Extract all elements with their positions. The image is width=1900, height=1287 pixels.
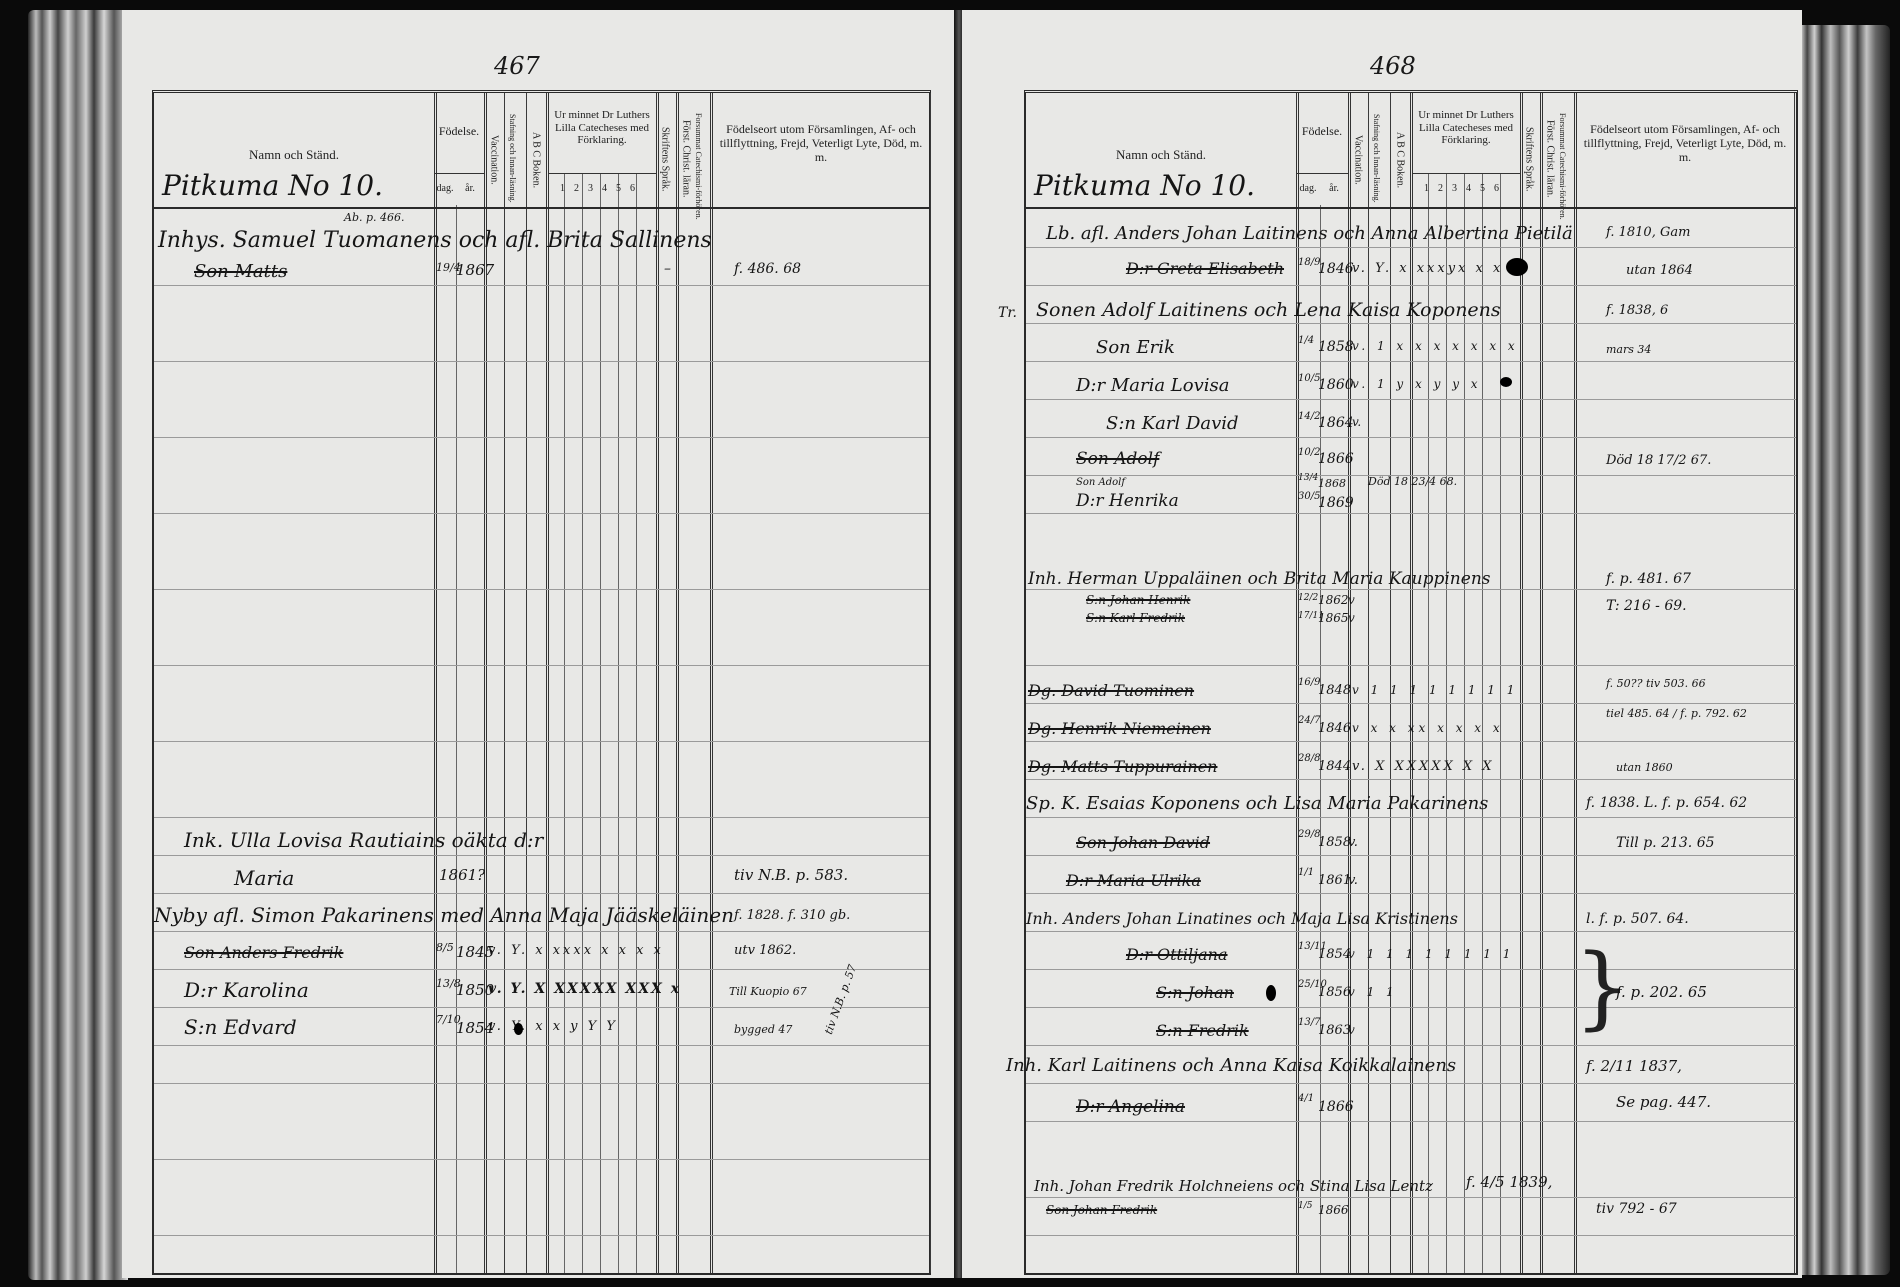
member-name: Dg. David Tuominen [1028, 681, 1194, 700]
birth-year: 1868 [1318, 477, 1346, 490]
remark: Till p. 213. 65 [1616, 835, 1715, 851]
birth-year: 1866 [1318, 1099, 1354, 1115]
birth-year: 1860 [1318, 377, 1354, 393]
member-name: Son Adolf [1076, 477, 1125, 488]
remark: T: 216 - 69. [1606, 598, 1687, 614]
household-head: Sp. K. Esaias Koponens och Lisa Maria Pa… [1026, 793, 1488, 814]
member-name: Son Johan David [1076, 833, 1210, 852]
header-reading: Stafning och Innan-läsning. [508, 113, 517, 203]
remark: Död 18 17/2 67. [1606, 453, 1711, 468]
marks: v [1348, 611, 1355, 625]
household-head: Inhys. Samuel Tuomanens och afl. Brita S… [158, 228, 712, 253]
member-name: D:r Henrika [1076, 491, 1179, 511]
marks: v. Y. x xxxyx x x [1352, 261, 1503, 276]
household-head: Lb. afl. Anders Johan Laitinens och Anna… [1046, 223, 1573, 244]
birth-day: 1/5 [1298, 1201, 1312, 1211]
member-name: S:n Karl David [1106, 413, 1239, 434]
member-name: S:n Karl Fredrik [1086, 611, 1185, 625]
birth-year: 1846 [1318, 721, 1351, 736]
header-name-col: Namn och Ständ. [154, 148, 434, 163]
marks: v. Y. x xxxx x x x x [488, 943, 664, 958]
book-edge-right [1800, 25, 1890, 1275]
header-remarks: Födelseort utom Församlingen, Af- och ti… [1578, 123, 1792, 164]
birth-year: 1869 [1318, 495, 1354, 511]
marks: v x x xx x x x x [1352, 721, 1504, 735]
birth-year: 1858 [1318, 339, 1354, 355]
birth-year: 1864 [1318, 415, 1354, 431]
remark: f. 1838. L. f. p. 654. 62 [1586, 795, 1747, 811]
header-christ: Först. Christ. läran. [1544, 113, 1556, 205]
side-note: tiv N.B. p. 57 [822, 963, 859, 1036]
household-head: Inh. Anders Johan Linatines och Maja Lis… [1026, 909, 1458, 928]
left-page: 467 Namn och Ständ. Födelse. dag. år. Va… [122, 10, 954, 1278]
header-vaccination: Vaccination. [488, 115, 500, 205]
header-birth-year: år. [456, 183, 484, 195]
header-remarks: Födelseort utom Församlingen, Af- och ti… [714, 123, 928, 164]
remark: f. 1838, 6 [1606, 303, 1668, 318]
birth-year: 1854 [1318, 947, 1351, 962]
household-head: Sonen Adolf Laitinens och Lena Kaisa Kop… [1036, 299, 1501, 321]
header-christ: Först. Christ. läran. [680, 113, 692, 205]
marks: v. 1 x x x x x x x [1352, 339, 1519, 353]
header-catechism: Ur minnet Dr Luthers Lilla Catecheses me… [1412, 109, 1520, 147]
birth-year: 1861 [1318, 873, 1351, 888]
marks: v. X XXXXX X X [1352, 759, 1495, 774]
remark: f. 486. 68 [734, 261, 801, 277]
marks: v 1 1 [1348, 985, 1398, 999]
remark: f. 2/11 1837, [1586, 1057, 1682, 1075]
marks: – [664, 261, 671, 277]
marks: v. Y. x x y Y Y [488, 1019, 618, 1034]
member-name: D:r Karolina [184, 978, 309, 1002]
marks: v 1 1 1 1 1 1 1 1 [1348, 947, 1514, 961]
household-head: Inh. Karl Laitinens och Anna Kaisa Koikk… [1006, 1055, 1456, 1076]
header-birth: Födelse. [434, 125, 484, 139]
header-abc: A B C Boken. [530, 115, 542, 205]
village-heading: Pitkuma No 10. [162, 169, 383, 202]
header-birth: Födelse. [1296, 125, 1348, 139]
marks: v. 1 y x y y x [1352, 377, 1482, 391]
remark: Till Kuopio 67 [729, 985, 807, 998]
header-vaccination: Vaccination. [1352, 115, 1364, 205]
marks: v. [1348, 873, 1358, 888]
header-abc: A B C Boken. [1394, 115, 1406, 205]
marks: Död 18 23/4 68. [1368, 475, 1457, 488]
page-number: 467 [494, 52, 540, 80]
member-name: Son Anders Fredrik [184, 943, 343, 962]
member-name: S:n Johan [1156, 983, 1234, 1002]
member-name: D:r Angelina [1076, 1097, 1185, 1117]
marks: f. 4/5 1839, [1466, 1173, 1552, 1191]
marks: v. [1352, 415, 1361, 429]
birth-year: 1846 [1318, 261, 1354, 277]
remark: bygged 47 [734, 1023, 792, 1036]
ink-blot [1266, 985, 1276, 1001]
marks: v [1348, 1023, 1355, 1037]
header-catechism: Ur minnet Dr Luthers Lilla Catecheses me… [548, 109, 656, 147]
ink-blot [1500, 377, 1512, 387]
remark: tiv N.B. p. 583. [734, 866, 848, 884]
register-table: Namn och Ständ. Födelse. dag. år. Vaccin… [1024, 90, 1798, 1275]
member-name: Son Johan Fredrik [1046, 1203, 1157, 1217]
ref-note: Ab. p. 466. [344, 211, 405, 224]
register-table: Namn och Ständ. Födelse. dag. år. Vaccin… [152, 90, 931, 1275]
member-name: S:n Fredrik [1156, 1021, 1249, 1040]
birth-year: 1848 [1318, 683, 1351, 698]
birth-year: 1865 [1318, 611, 1349, 625]
remark: tiel 485. 64 / f. p. 792. 62 [1606, 707, 1747, 720]
member-name: D:r Ottiljana [1126, 945, 1228, 964]
marks: v 1 1 1 1 1 1 1 1 [1352, 683, 1518, 697]
birth-day: 8/5 [436, 941, 454, 954]
header-catechism-numbers: 123456 [1412, 183, 1520, 195]
remark: mars 34 [1606, 343, 1651, 356]
birth-year: 1867 [456, 261, 494, 279]
birth-year: 1863 [1318, 1023, 1351, 1038]
member-name: S:n Edvard [184, 1015, 297, 1039]
birth-day: 1/1 [1298, 867, 1314, 878]
margin-prefix: Tr. [998, 305, 1017, 321]
header-scripture: Skriftens Språk. [659, 113, 671, 205]
right-page: 468 Namn och Ständ. Födelse. dag. år. Va… [962, 10, 1802, 1278]
remark: utan 1864 [1626, 263, 1693, 278]
remark: utan 1860 [1616, 761, 1673, 774]
member-name: D:r Maria Ulrika [1066, 871, 1201, 890]
marks: v. Y. X XXXXX XXX x [488, 981, 681, 997]
village-heading: Pitkuma No 10. [1034, 169, 1255, 202]
remark: f. p. 202. 65 [1616, 983, 1707, 1001]
member-name: S:n Johan Henrik [1086, 593, 1190, 607]
ink-blot [514, 1023, 523, 1035]
birth-year: 1858 [1318, 835, 1351, 850]
header-reading: Stafning och Innan-läsning. [1372, 113, 1381, 203]
birth-day: 12/2 [1298, 593, 1318, 603]
birth-year: 1866 [1318, 451, 1354, 467]
birth-year: 1844 [1318, 759, 1351, 774]
header-birth-day: dag. [1296, 183, 1320, 195]
member-name: Son Erik [1096, 337, 1175, 358]
member-name: D:r Maria Lovisa [1076, 375, 1229, 396]
birth-year: 1856 [1318, 985, 1351, 1000]
page-number: 468 [1370, 52, 1416, 80]
header-birth-day: dag. [434, 183, 456, 195]
remark: f. 50?? tiv 503. 66 [1606, 677, 1706, 690]
book-edge-left [28, 10, 128, 1280]
header-neglected: Forsummat Catechismi-förhören. [1558, 113, 1567, 205]
header-birth-year: år. [1320, 183, 1348, 195]
household-head: Inh. Johan Fredrik Holchneiens och Stina… [1034, 1177, 1433, 1195]
member-name: Dg. Henrik Niemeinen [1028, 719, 1211, 738]
member-name: Son Adolf [1076, 449, 1159, 469]
birth-year: 1866 [1318, 1203, 1349, 1217]
header-scripture: Skriftens Språk. [1523, 113, 1535, 205]
birth-year: 1861? [439, 866, 485, 884]
header-name-col: Namn och Ständ. [1026, 148, 1296, 163]
household-head: Nyby afl. Simon Pakarinens med Anna Maja… [154, 903, 734, 927]
ink-blot [1506, 258, 1528, 276]
member-name: D:r Greta Elisabeth [1126, 259, 1284, 278]
birth-day: 1/4 [1298, 335, 1314, 346]
member-name: Maria [234, 866, 294, 890]
marks: v. [1348, 835, 1358, 850]
birth-day: 4/1 [1298, 1093, 1314, 1104]
remark: tiv 792 - 67 [1596, 1201, 1677, 1217]
remark: Se pag. 447. [1616, 1093, 1711, 1111]
remark: f. 1810, Gam [1606, 225, 1690, 240]
household-head: Inh. Herman Uppaläinen och Brita Maria K… [1028, 569, 1491, 589]
header-catechism-numbers: 123456 [548, 183, 656, 195]
birth-year: 1862 [1318, 593, 1349, 607]
household-head: Ink. Ulla Lovisa Rautiains oäkta d:r [184, 828, 543, 852]
remark: l. f. p. 507. 64. [1586, 911, 1689, 927]
header-neglected: Forsummat Catechismi-förhören. [694, 113, 703, 205]
remark: f. 1828. f. 310 gb. [734, 908, 850, 923]
remark: utv 1862. [734, 943, 796, 958]
marks: v [1348, 593, 1355, 607]
member-name: Dg. Matts Tuppurainen [1028, 757, 1217, 776]
member-name: Son Matts [194, 261, 287, 282]
birth-day: 13/4 [1298, 473, 1318, 483]
remark: f. p. 481. 67 [1606, 571, 1691, 587]
